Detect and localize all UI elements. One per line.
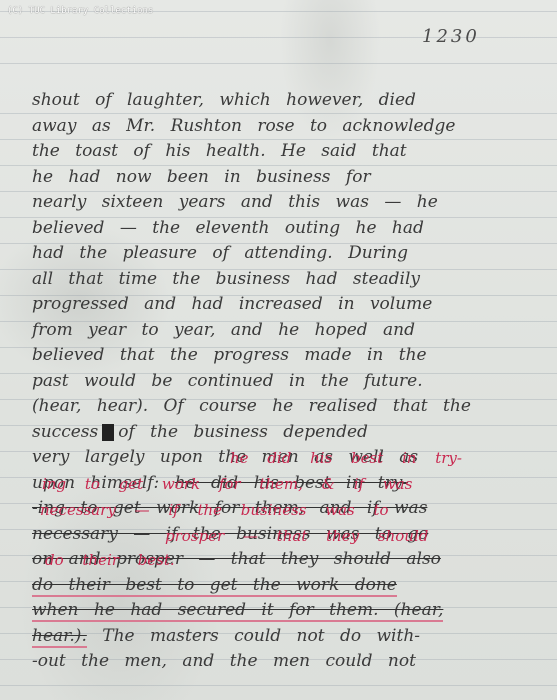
text-fragment: of the business depended [118, 422, 368, 442]
struck-text: do their best to get the work done [32, 575, 397, 597]
handwritten-text: shout of laughter, which however, died a… [32, 88, 532, 675]
text-line: past would be continued in the future. [32, 369, 532, 395]
red-correction: he did his best in try- [230, 448, 462, 468]
text-line: do their best to get the work done [32, 573, 532, 599]
text-line: successof the business depended [32, 420, 532, 446]
text-line: nearly sixteen years and this was — he [32, 190, 532, 216]
red-correction: do their best. [45, 550, 175, 570]
text-line: from year to year, and he hoped and [32, 318, 532, 344]
text-line: believed — the eleventh outing he had [32, 216, 532, 242]
red-correction: necessary — if the business was to [40, 500, 389, 520]
text-line: believed that the progress made in the [32, 343, 532, 369]
text-line: (hear, hear). Of course he realised that… [32, 394, 532, 420]
text-line: the toast of his health. He said that [32, 139, 532, 165]
text-line: when he had secured it for them. (hear, [32, 598, 532, 624]
struck-text: hear.). [32, 626, 87, 648]
text-line: all that time the business had steadily [32, 267, 532, 293]
text-line: -out the men, and the men could not [32, 649, 532, 675]
ink-blot [102, 424, 114, 441]
page-number: 1230 [422, 26, 480, 47]
text-line: had the pleasure of attending. During [32, 241, 532, 267]
manuscript-page: (C) TUC Library Collections 1230 shout o… [0, 0, 557, 700]
struck-text: when he had secured it for them. (hear, [32, 600, 443, 622]
text-line: hear.). The masters could not do with- [32, 624, 532, 650]
red-correction: ing to get work for them, & if was [42, 474, 412, 494]
text-fragment: success [32, 422, 98, 442]
text-fragment: The masters could not do with- [102, 626, 420, 646]
red-correction: prosper — that they should [165, 526, 428, 546]
text-line: he had now been in business for [32, 165, 532, 191]
text-line: away as Mr. Rushton rose to acknowledge [32, 114, 532, 140]
text-line: progressed and had increased in volume [32, 292, 532, 318]
copyright-watermark: (C) TUC Library Collections [7, 6, 153, 16]
text-line: shout of laughter, which however, died [32, 88, 532, 114]
